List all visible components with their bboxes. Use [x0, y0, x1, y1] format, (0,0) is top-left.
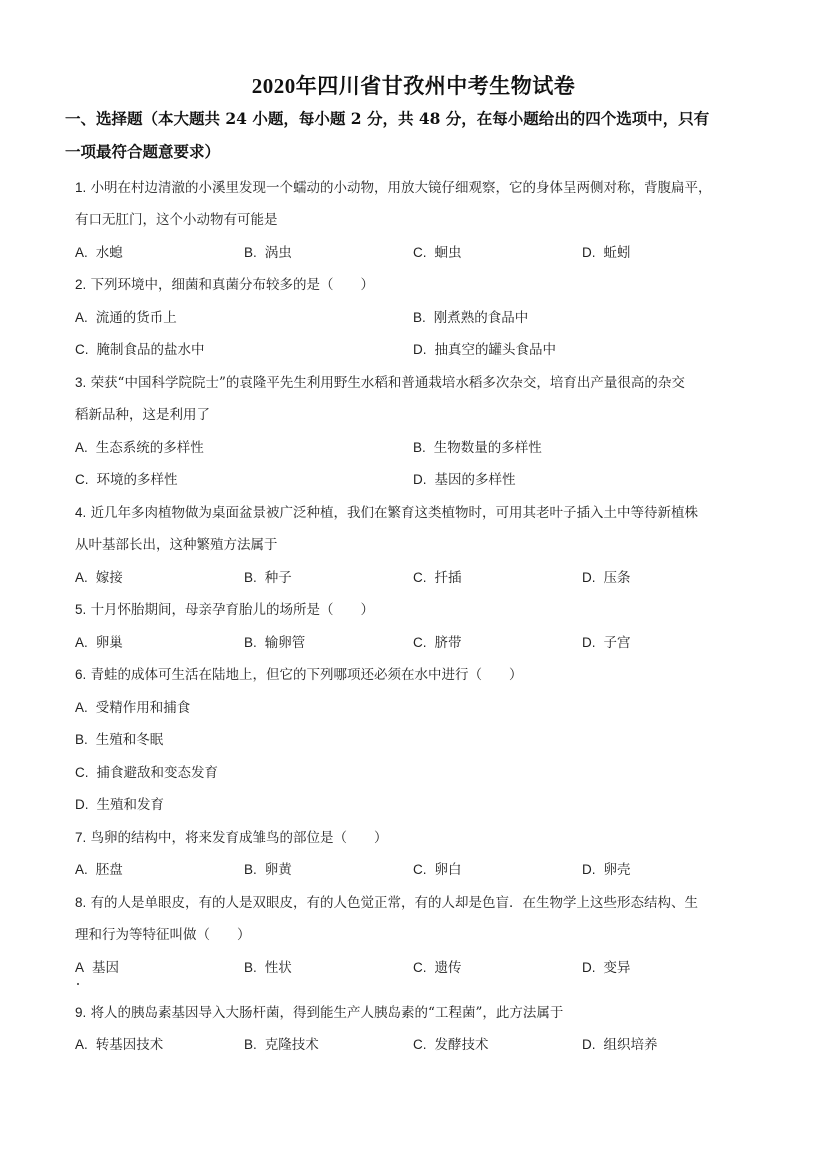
option-d[interactable]: D.组织培养: [582, 1035, 658, 1055]
section-heading-line-1: 一、选择题（本大题共 24 小题，每小题 2 分，共 48 分，在每小题给出的四…: [65, 103, 765, 136]
option-c[interactable]: C.蛔虫: [413, 243, 462, 263]
option-b[interactable]: B.生殖和冬眠: [75, 730, 163, 750]
option-b[interactable]: B.性状: [244, 958, 292, 978]
option-a[interactable]: A.转基因技术: [75, 1035, 163, 1055]
option-a[interactable]: A.水螅: [75, 243, 123, 263]
option-b[interactable]: B.卵黄: [244, 860, 292, 880]
option-c[interactable]: C.脐带: [413, 633, 462, 653]
option-d[interactable]: D.基因的多样性: [413, 470, 516, 490]
section-heading-line-2: 一项最符合题意要求）: [65, 136, 765, 169]
option-a[interactable]: A基因: [75, 958, 119, 978]
option-b[interactable]: B.输卵管: [244, 633, 305, 653]
option-b[interactable]: B.克隆技术: [244, 1035, 319, 1055]
question-stem-line: 5. 十月怀胎期间，母亲孕育胎儿的场所是（ ）: [75, 600, 374, 620]
option-d[interactable]: D.压条: [582, 568, 631, 588]
option-c[interactable]: C.遗传: [413, 958, 462, 978]
option-c[interactable]: C.卵白: [413, 860, 462, 880]
option-a[interactable]: A.卵巢: [75, 633, 123, 653]
option-b[interactable]: B.生物数量的多样性: [413, 438, 542, 458]
question-stem-line: 稻新品种，这是利用了: [75, 405, 210, 425]
question-stem-line: 有口无肛门，这个小动物有可能是: [75, 210, 278, 230]
option-a[interactable]: A.嫁接: [75, 568, 123, 588]
option-a[interactable]: A.生态系统的多样性: [75, 438, 204, 458]
option-d[interactable]: D.生殖和发育: [75, 795, 164, 815]
option-a[interactable]: A.流通的货币上: [75, 308, 177, 328]
option-d[interactable]: D.变异: [582, 958, 631, 978]
option-d[interactable]: D.卵壳: [582, 860, 631, 880]
question-stem-line: 7. 鸟卵的结构中，将来发育成雏鸟的部位是（ ）: [75, 828, 388, 848]
stray-dot-mark: [77, 983, 79, 985]
option-d[interactable]: D.蚯蚓: [582, 243, 631, 263]
option-b[interactable]: B.种子: [244, 568, 292, 588]
option-a[interactable]: A.胚盘: [75, 860, 123, 880]
option-d[interactable]: D.子宫: [582, 633, 631, 653]
question-stem-line: 理和行为等特征叫做（ ）: [75, 925, 251, 945]
page-title: 2020年四川省甘孜州中考生物试卷: [0, 70, 827, 100]
option-c[interactable]: C.扦插: [413, 568, 462, 588]
option-a[interactable]: A.受精作用和捕食: [75, 698, 190, 718]
question-stem-line: 8. 有的人是单眼皮，有的人是双眼皮，有的人色觉正常，有的人却是色盲．在生物学上…: [75, 893, 698, 913]
question-stem-line: 4. 近几年多肉植物做为桌面盆景被广泛种植，我们在繁育这类植物时，可用其老叶子插…: [75, 503, 698, 523]
option-b[interactable]: B.刚煮熟的食品中: [413, 308, 528, 328]
question-stem-line: 从叶基部长出，这种繁殖方法属于: [75, 535, 278, 555]
question-stem-line: 9. 将人的胰岛素基因导入大肠杆菌，得到能生产人胰岛素的“工程菌”，此方法属于: [75, 1003, 563, 1023]
section-heading: 一、选择题（本大题共 24 小题，每小题 2 分，共 48 分，在每小题给出的四…: [65, 103, 765, 168]
question-stem-line: 1. 小明在村边清澈的小溪里发现一个蠕动的小动物，用放大镜仔细观察，它的身体呈两…: [75, 178, 712, 198]
option-d[interactable]: D.抽真空的罐头食品中: [413, 340, 556, 360]
option-c[interactable]: C.捕食避敌和变态发育: [75, 763, 218, 783]
option-c[interactable]: C.腌制食品的盐水中: [75, 340, 205, 360]
option-c[interactable]: C.发酵技术: [413, 1035, 489, 1055]
question-stem-line: 3. 荣获“中国科学院院士”的袁隆平先生利用野生水稻和普通栽培水稻多次杂交，培育…: [75, 373, 685, 393]
option-c[interactable]: C.环境的多样性: [75, 470, 178, 490]
option-b[interactable]: B.涡虫: [244, 243, 292, 263]
question-stem-line: 6. 青蛙的成体可生活在陆地上，但它的下列哪项还必须在水中进行（ ）: [75, 665, 523, 685]
question-stem-line: 2. 下列环境中，细菌和真菌分布较多的是（ ）: [75, 275, 374, 295]
